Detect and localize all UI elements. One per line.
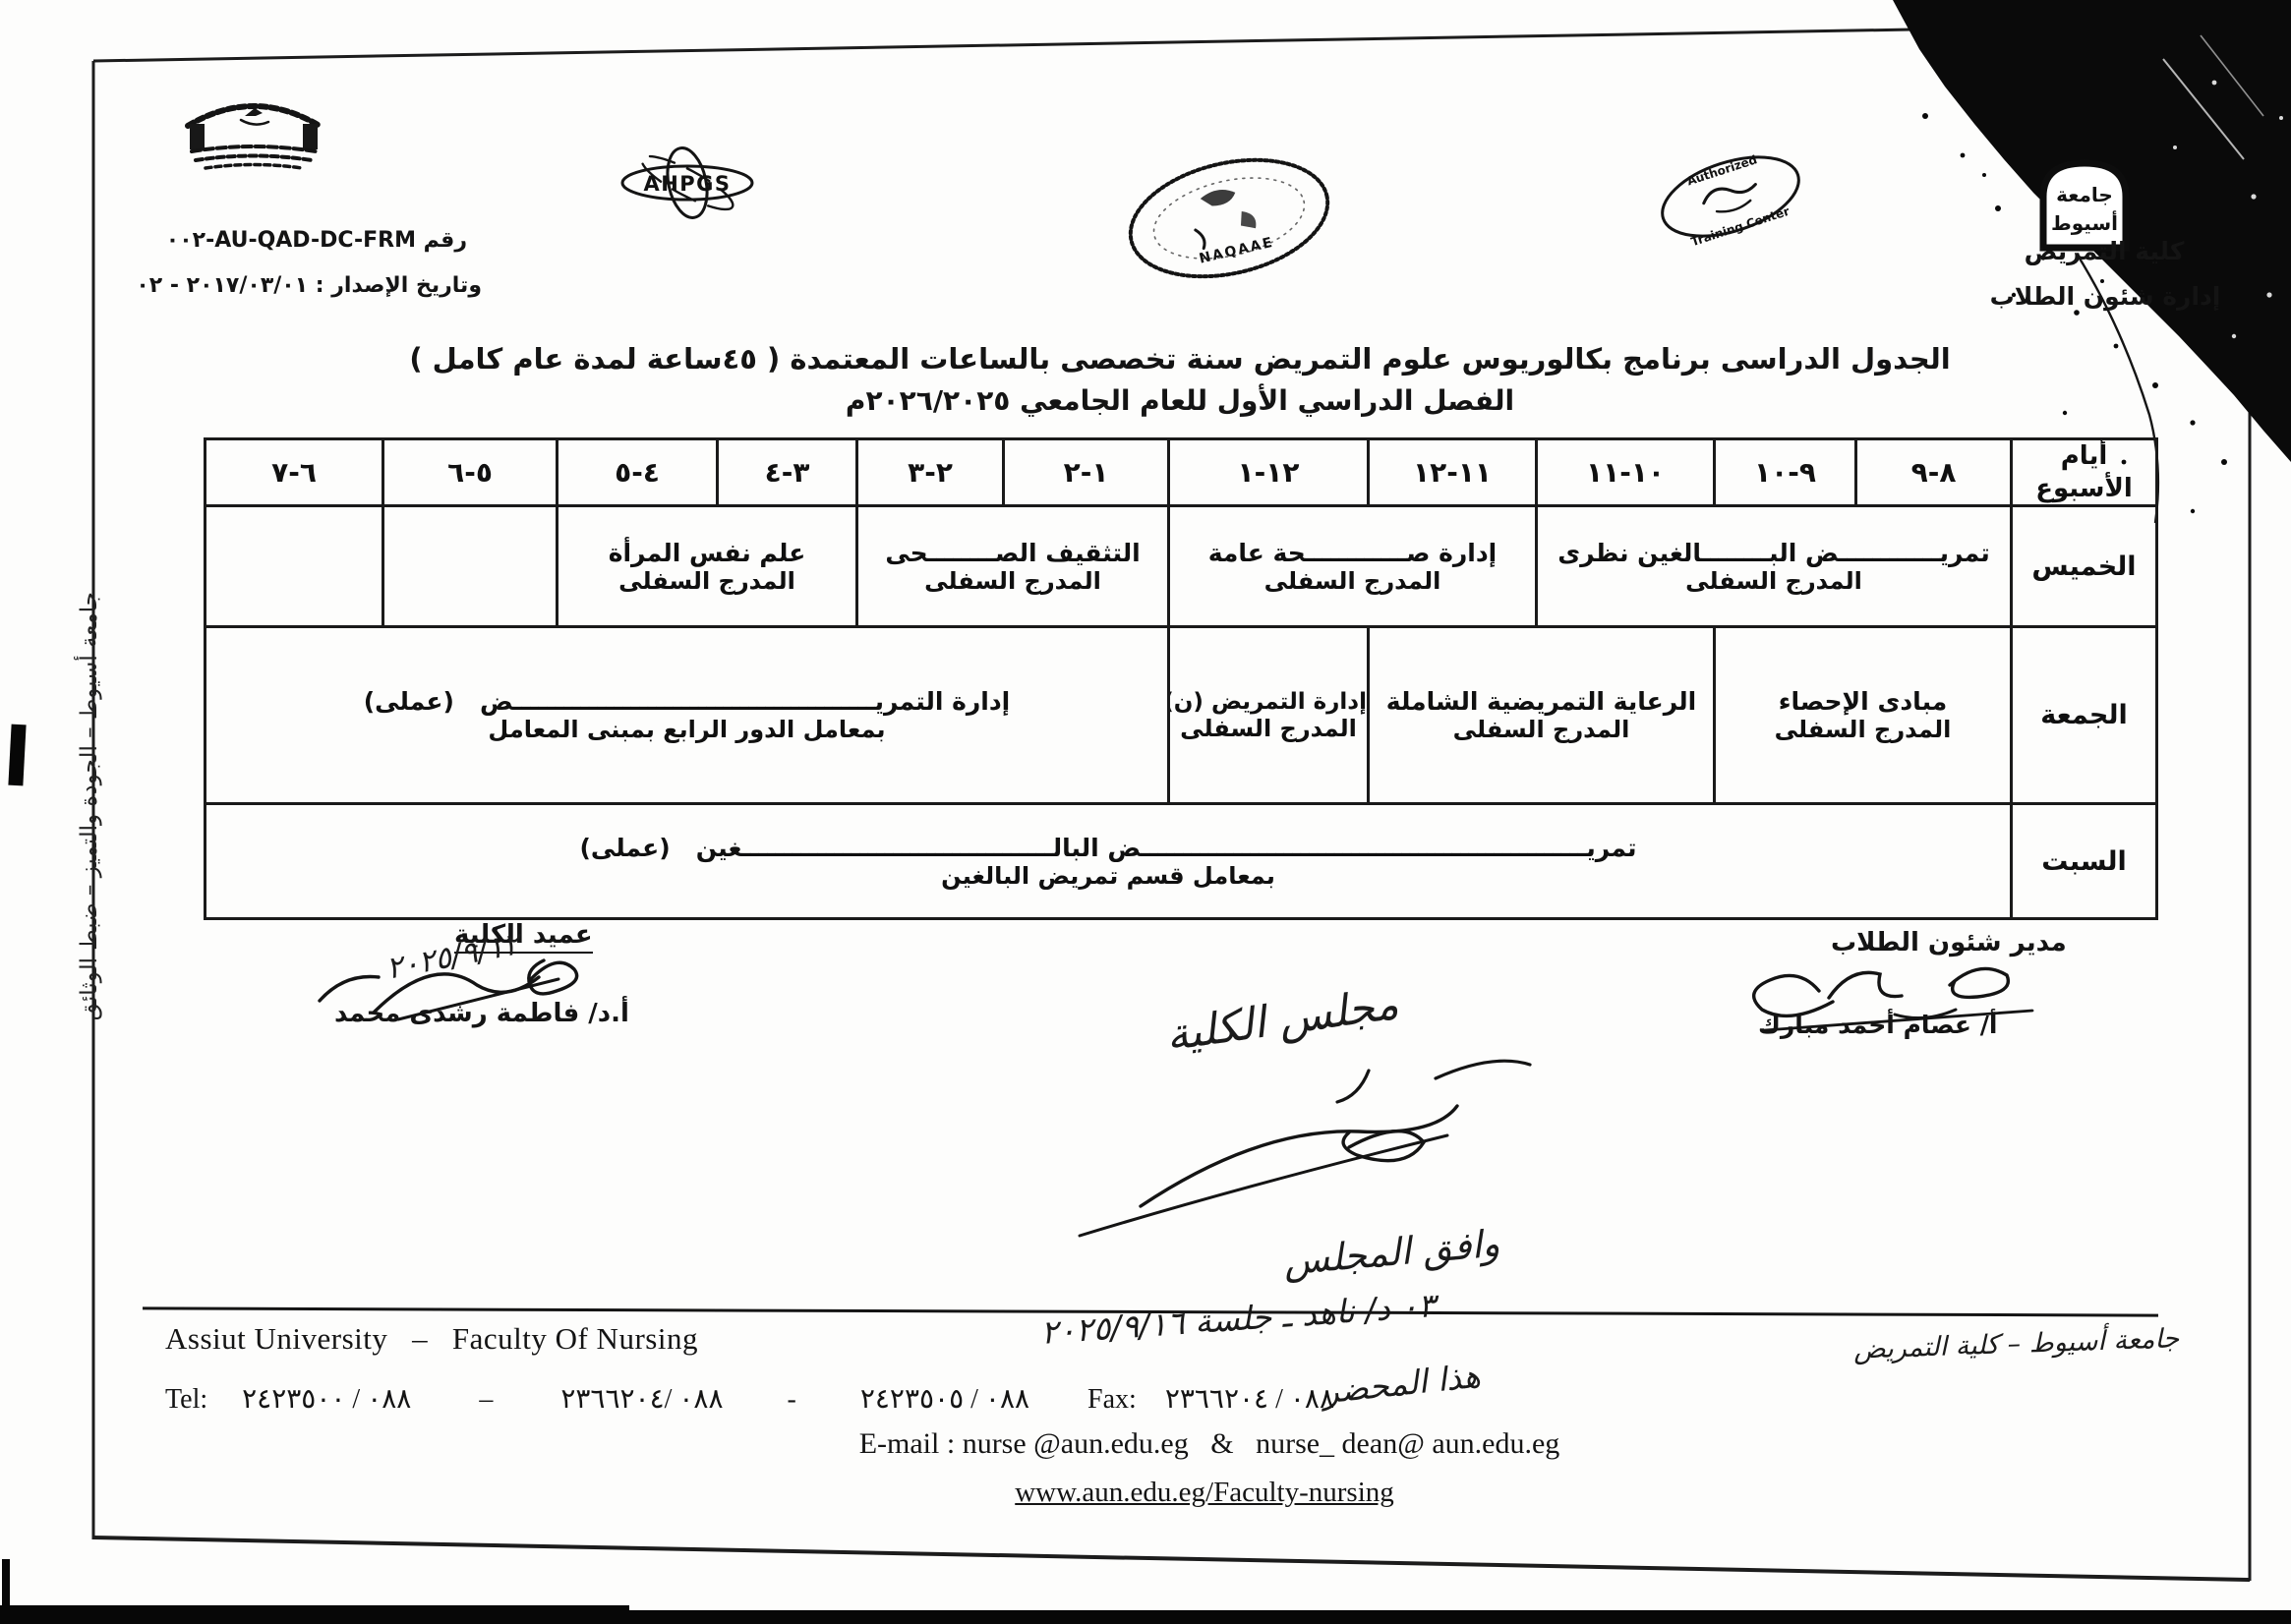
scanned-document-page: جامعة أسيوط كلية التمريض إدارة شئون الطل… — [0, 0, 2291, 1624]
day-thursday: الخميس — [2012, 506, 2157, 627]
weekly-schedule-table: أيام الأسبوع ٨-٩ ٩-١٠ ١٠-١١ ١١-١٢ ١٢-١ ١… — [204, 437, 2158, 920]
title-line-2: الفصل الدراسي الأول للعام الجامعي ٢٠٢٦/٢… — [324, 384, 2035, 417]
course-cell: تمريــــــــــــض البــــــــالغين نظرى … — [1537, 506, 2012, 627]
student-affairs-caption: إدارة شئون الطلاب — [1976, 282, 2234, 311]
document-title-block: الجدول الدراسى برنامج بكالوريوس علوم الت… — [324, 342, 2035, 417]
course-title: تمريــــــــــــض البــــــــالغين نظرى — [1538, 539, 2010, 567]
form-number: رقم ‎AU-QAD-DC-FRM-٠٠٢‎ — [192, 228, 467, 253]
slot-1-2: ١-٢ — [1004, 439, 1169, 506]
tel-number-3: ٠٨٨ / ٢٤٢٣٥٠٥ — [860, 1382, 1029, 1416]
course-cell: إدارة التمريــــــــــــــــــــــــــــ… — [206, 627, 1169, 804]
course-location: بمعامل قسم تمريض البالغين — [206, 862, 2010, 890]
footer-website: www.aun.edu.eg/Faculty-nursing — [777, 1477, 1632, 1509]
course-title: إدارة التمريــــــــــــــــــــــــــــ… — [206, 687, 1167, 716]
footer-email: E-mail : nurse @aun.edu.eg & nurse_ dean… — [688, 1427, 1731, 1461]
course-cell: إدارة صــــــــــــحة عامة المدرج السفلى — [1169, 506, 1537, 627]
left-edge-mark-lower — [2, 1559, 10, 1614]
course-location: المدرج السفلى — [858, 567, 1167, 595]
course-title: إدارة التمريض (ن) — [1170, 689, 1367, 715]
training-center-seal: Authorized Training Center — [1644, 145, 1821, 249]
course-title: إدارة صــــــــــــحة عامة — [1170, 539, 1535, 567]
days-header-cell: أيام الأسبوع — [2012, 439, 2157, 506]
footer-phone-line: Tel: ٠٨٨ / ٢٤٢٣٥٠٠ – ٠٨٨ /٢٣٦٦٢٠٤ - ٠٨٨ … — [165, 1382, 1334, 1416]
course-title: مبادى الإحصاء — [1716, 687, 2010, 716]
empty-cell — [383, 506, 558, 627]
dean-name: أ.د/ فاطمة رشدى محمد — [334, 999, 629, 1028]
assiut-university-emblem — [180, 94, 327, 173]
council-signature — [1023, 1037, 1593, 1263]
course-location: بمعامل الدور الرابع بمبنى المعامل — [206, 716, 1167, 743]
university-arch-logo: جامعة أسيوط — [2043, 163, 2126, 248]
director-name: أ/ عصام أحمد مبارك — [1758, 1011, 1997, 1039]
slot-3-4: ٣-٤ — [718, 439, 857, 506]
course-location: المدرج السفلى — [1716, 716, 2010, 743]
tel-number-1: ٠٨٨ / ٢٤٢٣٥٠٠ — [242, 1382, 411, 1416]
ahpgs-stamp: AHPGS — [616, 142, 763, 225]
course-location: المدرج السفلى — [1538, 567, 2010, 595]
course-cell: الرعاية التمريضية الشاملة المدرج السفلى — [1369, 627, 1715, 804]
footer-org-en: Assiut University – Faculty Of Nursing — [165, 1321, 698, 1357]
time-header-row: أيام الأسبوع ٨-٩ ٩-١٠ ١٠-١١ ١١-١٢ ١٢-١ ١… — [206, 439, 2157, 506]
slot-4-5: ٤-٥ — [558, 439, 718, 506]
slot-8-9: ٨-٩ — [1856, 439, 2012, 506]
tel-label: Tel: — [165, 1384, 207, 1416]
tel-number-2: ٠٨٨ /٢٣٦٦٢٠٤ — [560, 1382, 723, 1416]
course-title: تمريــــــــــــــــــــــــــــــــــــ… — [206, 834, 2010, 862]
quality-control-margin-note: جامعة أسيوط – الجودة والتميز – ضبط الوثا… — [77, 592, 102, 1172]
slot-11-12: ١١-١٢ — [1369, 439, 1537, 506]
day-friday: الجمعة — [2012, 627, 2157, 804]
course-cell: إدارة التمريض (ن) المدرج السفلى — [1169, 627, 1369, 804]
course-location: المدرج السفلى — [1170, 715, 1367, 742]
fax-label: Fax: — [1087, 1384, 1137, 1416]
slot-2-3: ٢-٣ — [857, 439, 1004, 506]
course-cell: مبادى الإحصاء المدرج السفلى — [1715, 627, 2012, 804]
slot-5-6: ٥-٦ — [383, 439, 558, 506]
row-thursday: الخميس تمريــــــــــــض البــــــــالغي… — [206, 506, 2157, 627]
form-issue-date: وتاريخ الإصدار : ٢٠١٧/٠٣/٠١ - ٠٢ — [157, 273, 482, 298]
course-cell: تمريــــــــــــــــــــــــــــــــــــ… — [206, 804, 2012, 919]
course-cell: التثقيف الصــــــــحى المدرج السفلى — [857, 506, 1169, 627]
fax-number: ٠٨٨ / ٢٣٦٦٢٠٤ — [1165, 1382, 1334, 1416]
slot-9-10: ٩-١٠ — [1715, 439, 1856, 506]
course-location: المدرج السفلى — [558, 567, 855, 595]
ahpgs-stamp-text: AHPGS — [643, 172, 731, 196]
course-location: المدرج السفلى — [1370, 716, 1713, 743]
bottom-scan-bar-thick — [0, 1605, 629, 1624]
course-title: التثقيف الصــــــــحى — [858, 539, 1167, 567]
tel-separator-1: – — [479, 1384, 493, 1416]
day-saturday: السبت — [2012, 804, 2157, 919]
naqaae-seal-text: NAQAAE — [1198, 235, 1275, 267]
faculty-caption: كلية التمريض — [1991, 237, 2217, 265]
row-saturday: السبت تمريــــــــــــــــــــــــــــــ… — [206, 804, 2157, 919]
slot-12-1: ١٢-١ — [1169, 439, 1369, 506]
empty-cell — [206, 506, 383, 627]
tel-separator-2: - — [788, 1384, 796, 1416]
course-cell: علم نفس المرأة المدرج السفلى — [558, 506, 857, 627]
row-friday: الجمعة مبادى الإحصاء المدرج السفلى الرعا… — [206, 627, 2157, 804]
logo-text-2: أسيوط — [2051, 209, 2118, 235]
course-title: الرعاية التمريضية الشاملة — [1370, 687, 1713, 716]
course-title: علم نفس المرأة — [558, 539, 855, 567]
logo-text-1: جامعة — [2056, 183, 2113, 206]
slot-6-7: ٦-٧ — [206, 439, 383, 506]
course-location: المدرج السفلى — [1170, 567, 1535, 595]
training-seal-top-text: Authorized — [1685, 152, 1759, 188]
title-line-1: الجدول الدراسى برنامج بكالوريوس علوم الت… — [324, 342, 2035, 376]
training-seal-bottom-text: Training Center — [1689, 204, 1792, 249]
slot-10-11: ١٠-١١ — [1537, 439, 1715, 506]
naqaae-seal: NAQAAE — [1099, 132, 1365, 304]
